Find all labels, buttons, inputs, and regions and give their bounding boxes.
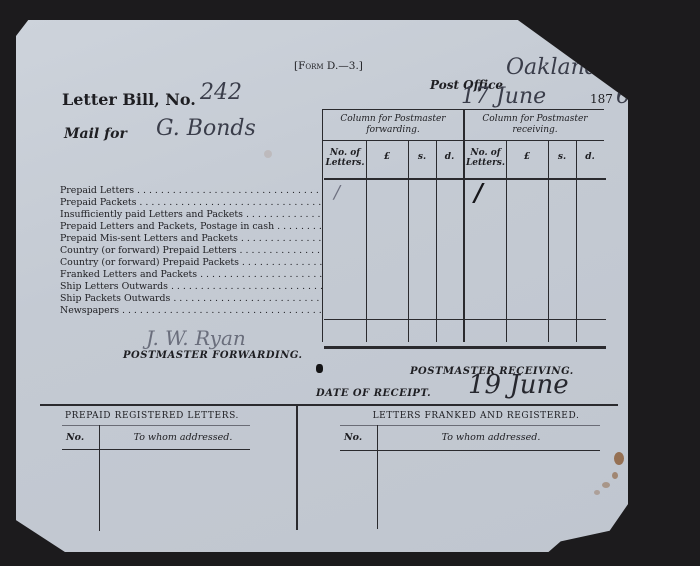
col-receiving-letters: No. of Letters. <box>465 148 506 168</box>
col-receiving-pounds: £ <box>506 152 548 162</box>
year-suffix: 6 <box>616 84 630 109</box>
date-of-receipt-value: 19 June <box>468 370 569 400</box>
row-country-letters: Country (or forward) Prepaid Letters <box>60 245 322 257</box>
forwarding-letters-mark: / <box>334 182 340 203</box>
forwarding-signature: J. W. Ryan <box>146 326 246 350</box>
left-no-label: No. <box>66 432 84 443</box>
stain <box>264 150 272 158</box>
year-prefix: 187 <box>590 92 613 106</box>
paper-hole <box>316 364 323 373</box>
group-receiving-header: Column for Postmaster receiving. <box>468 114 602 136</box>
right-addressed-label: To whom addressed. <box>416 432 566 443</box>
col-receiving-shillings: s. <box>548 152 576 162</box>
franked-registered-title: LETTERS FRANKED AND REGISTERED. <box>356 411 596 421</box>
col-forwarding-shillings: s. <box>408 152 436 162</box>
row-mis-sent: Prepaid Mis-sent Letters and Packets <box>60 233 322 245</box>
col-forwarding-pence: d. <box>436 152 463 162</box>
stain <box>594 490 600 495</box>
form-id: [Form D.—3.] <box>294 60 363 72</box>
col-receiving-pence: d. <box>576 152 604 162</box>
prepaid-registered-title: PREPAID REGISTERED LETTERS. <box>52 411 252 421</box>
col-forwarding-pounds: £ <box>366 152 408 162</box>
receiving-letters-mark: / <box>474 178 483 207</box>
post-office-value: Oakland <box>506 55 599 80</box>
row-franked: Franked Letters and Packets <box>60 269 322 281</box>
letter-bill-form: [Form D.—3.] Letter Bill, No. 242 Mail f… <box>16 20 628 552</box>
row-postage-in-cash: Prepaid Letters and Packets, Postage in … <box>60 221 322 233</box>
row-ship-packets: Ship Packets Outwards <box>60 293 322 305</box>
row-country-packets: Country (or forward) Prepaid Packets <box>60 257 322 269</box>
bill-title: Letter Bill, No. <box>62 90 196 109</box>
date-of-receipt-label: DATE OF RECEIPT. <box>316 388 431 399</box>
stain <box>614 452 624 465</box>
mail-for-value: G. Bonds <box>156 116 256 141</box>
row-ship-letters: Ship Letters Outwards <box>60 281 322 293</box>
row-prepaid-letters: Prepaid Letters <box>60 185 322 197</box>
col-forwarding-letters: No. of Letters. <box>324 148 366 168</box>
stain <box>602 482 610 488</box>
row-newspapers: Newspapers <box>60 305 322 317</box>
postmaster-forwarding-label: POSTMASTER FORWARDING. <box>123 350 303 361</box>
row-prepaid-packets: Prepaid Packets <box>60 197 322 209</box>
mail-for-label: Mail for <box>64 126 127 142</box>
row-insufficiently-paid: Insufficiently paid Letters and Packets <box>60 209 322 221</box>
stain <box>612 472 618 479</box>
left-addressed-label: To whom addressed. <box>118 432 248 443</box>
right-no-label: No. <box>344 432 362 443</box>
bill-number: 242 <box>200 80 242 105</box>
date-day-month: 17 June <box>461 84 546 109</box>
group-forwarding-header: Column for Postmaster forwarding. <box>326 114 460 136</box>
